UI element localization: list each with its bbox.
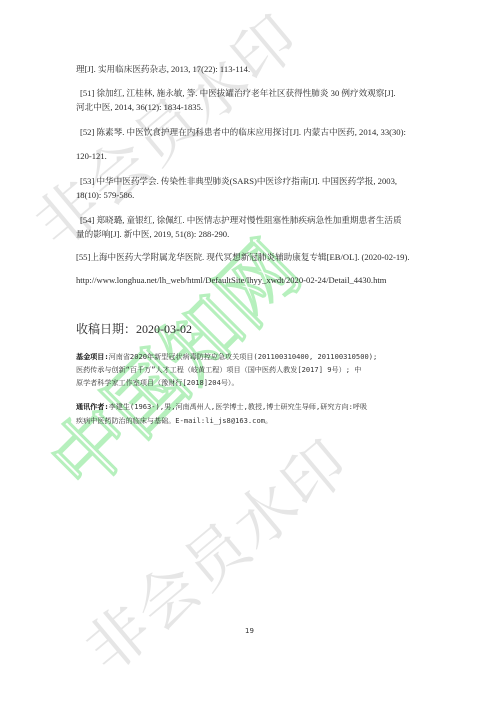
reference-52-line-2: 120-121. — [76, 151, 107, 162]
received-date: 收稿日期：2020-03-02 — [76, 320, 192, 337]
reference-51-line-1: [51] 徐加红, 江桂林, 施永敏, 等. 中医拔罐治疗老年社区获得性肺炎 3… — [80, 88, 396, 99]
watermark-gray-bottom: 非会员水印 — [63, 415, 365, 689]
fund-line-3: 原学者科学家工作室项目（豫财行[2018]204号）。 — [76, 377, 239, 388]
reference-51-line-2: 河北中医, 2014, 36(12): 1834-1835. — [76, 102, 203, 113]
reference-55-line-1: [55]上海中医药大学附属龙华医院. 现代冥想新冠肺炎辅助康复专辑[EB/OL]… — [76, 252, 409, 263]
fund-line-1: 基金项目:河南省2020年新型冠状病毒防控应急攻关项目(201100310400… — [76, 351, 377, 362]
reference-line: 理[J]. 实用临床医药杂志, 2013, 17(22): 113-114. — [76, 64, 250, 75]
reference-54-line-2: 量的影响[J]. 新中医, 2019, 51(8): 288-290. — [76, 229, 229, 240]
page-number: 19 — [245, 627, 254, 635]
fund-text-1: 河南省2020年新型冠状病毒防控应急攻关项目(201100310400, 201… — [109, 352, 378, 361]
reference-53-line-1: [53] 中华中医药学会. 传染性非典型肺炎(SARS)中医诊疗指南[J]. 中… — [80, 176, 397, 187]
author-line-2: 疾病中医药防治的临床与基础。E-mail:li_js8@163.com。 — [76, 415, 272, 426]
received-date-label: 收稿日期： — [76, 322, 136, 336]
fund-line-2: 医药传承与创新“百千万”人才工程（岐黄工程）项目（国中医药人教发[2017] 9… — [76, 364, 361, 375]
fund-label: 基金项目: — [76, 352, 109, 361]
author-line-1: 通讯作者:李建生(1963-),男,河南禹州人,医学博士,教授,博士研究生导师,… — [76, 401, 367, 412]
document-page: 非会员水印 中国知网 非会员水印 理[J]. 实用临床医药杂志, 2013, 1… — [0, 0, 500, 707]
reference-53-line-2: 18(10): 579-586. — [76, 190, 134, 201]
reference-54-line-1: [54] 郑晓璐, 童银红, 徐佩红. 中医情志护理对慢性阻塞性肺疾病急性加重期… — [80, 215, 402, 226]
reference-55-url[interactable]: http://www.longhua.net/lh_web/html/Defau… — [76, 275, 386, 286]
reference-52-line-1: [52] 陈素琴. 中医饮食护理在内科患者中的临床应用探讨[J]. 内蒙古中医药… — [80, 127, 406, 138]
received-date-value: 2020-03-02 — [136, 322, 192, 336]
author-label: 通讯作者: — [76, 402, 109, 411]
author-text-1: 李建生(1963-),男,河南禹州人,医学博士,教授,博士研究生导师,研究方向:… — [109, 402, 367, 411]
